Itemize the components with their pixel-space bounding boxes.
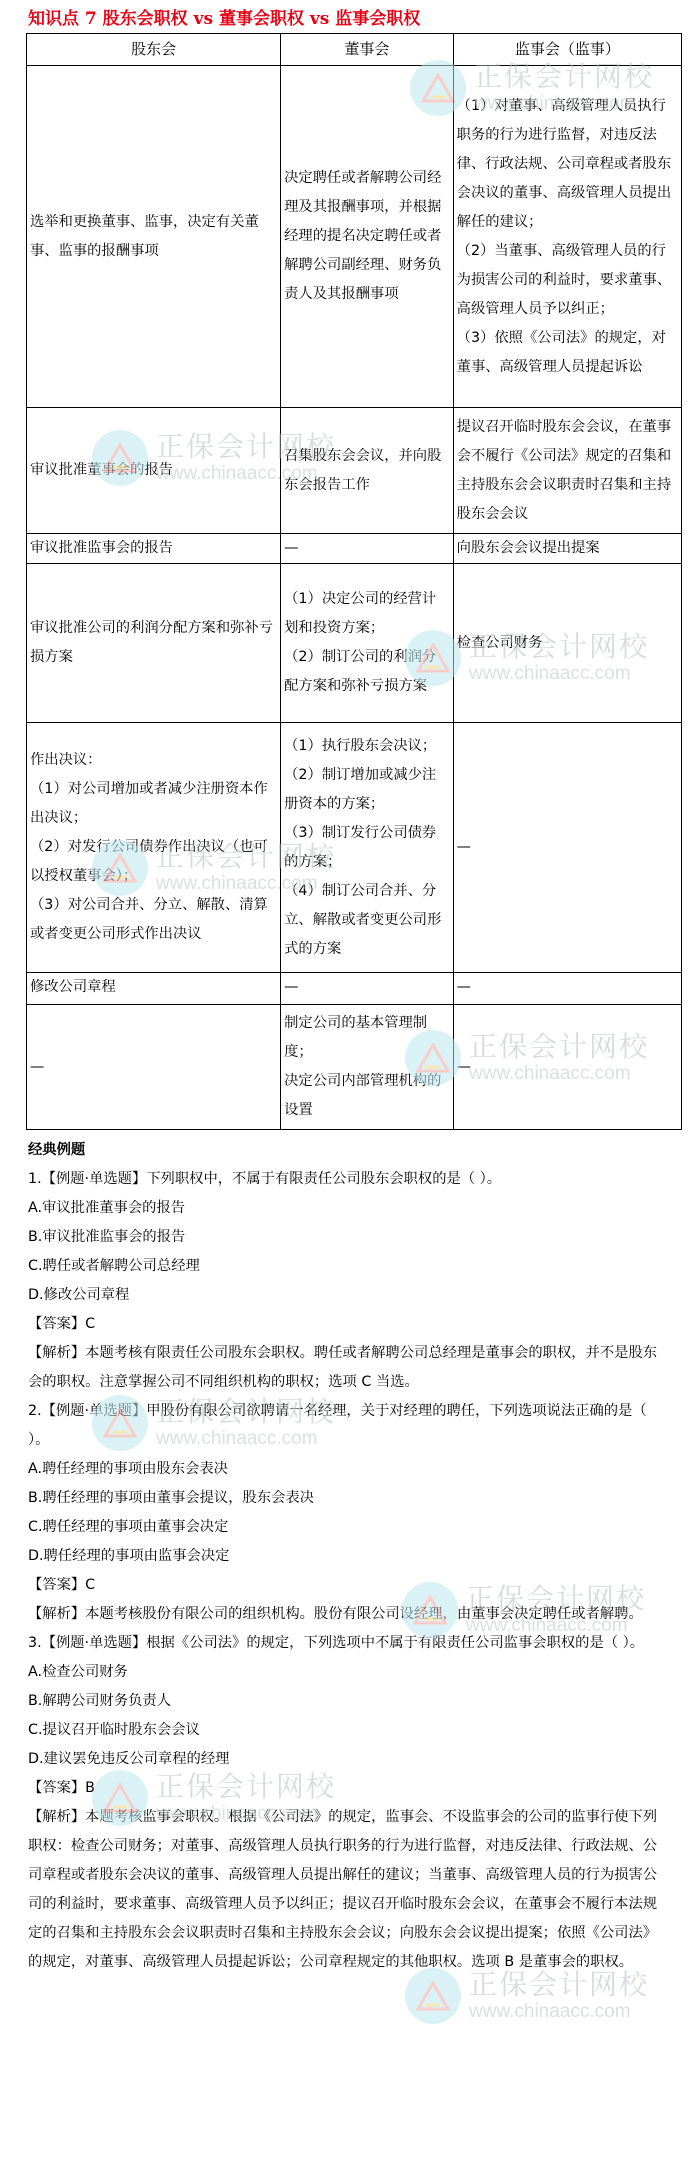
cell-text: — bbox=[457, 973, 678, 1002]
option-b: B.解聘公司财务负责人 bbox=[28, 1687, 668, 1716]
cell-shareholders: 审议批准监事会的报告 bbox=[27, 534, 281, 564]
cell-supervisors: （1）对董事、高级管理人员执行职务的行为进行监督，对违反法律、行政法规、公司章程… bbox=[453, 66, 681, 408]
table-header-row: 股东会 董事会 监事会（监事） bbox=[27, 34, 682, 66]
cell-text: 提议召开临时股东会会议，在董事会不履行《公司法》规定的召集和主持股东会会议职责时… bbox=[457, 413, 678, 529]
analysis: 【解析】本题考核监事会职权。根据《公司法》的规定，监事会、不设监事会的公司的监事… bbox=[28, 1803, 668, 1977]
option-a: A.聘任经理的事项由股东会表决 bbox=[28, 1455, 668, 1484]
option-d: D.聘任经理的事项由监事会决定 bbox=[28, 1542, 668, 1571]
table-row: 作出决议： （1）对公司增加或者减少注册资本作出决议； （2）对发行公司债券作出… bbox=[27, 723, 682, 973]
cell-text: （2）对发行公司债券作出决议（也可以授权董事会）； bbox=[30, 833, 277, 891]
cell-supervisors: — bbox=[453, 723, 681, 973]
cell-board: 决定聘任或者解聘公司经理及其报酬事项，并根据经理的提名决定聘任或者解聘公司副经理… bbox=[281, 66, 454, 408]
option-b: B.聘任经理的事项由董事会提议，股东会表决 bbox=[28, 1484, 668, 1513]
question-3: 3.【例题·单选题】根据《公司法》的规定，下列选项中不属于有限责任公司监事会职权… bbox=[28, 1629, 668, 1977]
question-stem: 2.【例题·单选题】甲股份有限公司欲聘请一名经理，关于对经理的聘任，下列选项说法… bbox=[28, 1397, 668, 1455]
cell-text: （3）依照《公司法》的规定，对董事、高级管理人员提起诉讼 bbox=[457, 324, 678, 382]
cell-board: — bbox=[281, 534, 454, 564]
header-board: 董事会 bbox=[281, 34, 454, 66]
cell-text: （1）执行股东会决议； bbox=[284, 732, 450, 761]
cell-board: 召集股东会会议，并向股东会报告工作 bbox=[281, 408, 454, 534]
option-c: C.聘任或者解聘公司总经理 bbox=[28, 1252, 668, 1281]
cell-text: 选举和更换董事、监事，决定有关董事、监事的报酬事项 bbox=[30, 208, 277, 266]
cell-text: 召集股东会会议，并向股东会报告工作 bbox=[284, 442, 450, 500]
cell-text: — bbox=[284, 973, 450, 1002]
option-a: A.审议批准董事会的报告 bbox=[28, 1194, 668, 1223]
cell-text: 作出决议： bbox=[30, 746, 277, 775]
option-b: B.审议批准监事会的报告 bbox=[28, 1223, 668, 1252]
cell-supervisors: — bbox=[453, 1005, 681, 1130]
header-shareholders: 股东会 bbox=[27, 34, 281, 66]
cell-text: 修改公司章程 bbox=[30, 973, 277, 1002]
cell-shareholders: 修改公司章程 bbox=[27, 973, 281, 1005]
table-row: 审议批准公司的利润分配方案和弥补亏损方案 （1）决定公司的经营计划和投资方案； … bbox=[27, 564, 682, 723]
answer: 【答案】B bbox=[28, 1774, 668, 1803]
cell-board: 制定公司的基本管理制度； 决定公司内部管理机构的设置 bbox=[281, 1005, 454, 1130]
table-row: 审议批准监事会的报告 — 向股东会会议提出提案 bbox=[27, 534, 682, 564]
cell-shareholders: 审议批准董事会的报告 bbox=[27, 408, 281, 534]
option-a: A.检查公司财务 bbox=[28, 1658, 668, 1687]
cell-text: （4）制订公司合并、分立、解散或者变更公司形式的方案 bbox=[284, 877, 450, 964]
table-row: 修改公司章程 — — bbox=[27, 973, 682, 1005]
cell-text: — bbox=[457, 833, 678, 862]
cell-text: （2）制订增加或减少注册资本的方案； bbox=[284, 761, 450, 819]
watermark-url: www.chinaacc.com bbox=[469, 2001, 649, 2023]
cell-text: 向股东会会议提出提案 bbox=[457, 534, 678, 563]
cell-supervisors: — bbox=[453, 973, 681, 1005]
cell-shareholders: 审议批准公司的利润分配方案和弥补亏损方案 bbox=[27, 564, 281, 723]
question-stem: 3.【例题·单选题】根据《公司法》的规定，下列选项中不属于有限责任公司监事会职权… bbox=[28, 1629, 668, 1658]
question-stem: 1.【例题·单选题】下列职权中，不属于有限责任公司股东会职权的是（ ）。 bbox=[28, 1165, 668, 1194]
question-1: 1.【例题·单选题】下列职权中，不属于有限责任公司股东会职权的是（ ）。 A.审… bbox=[28, 1165, 668, 1397]
cell-text: （2）当董事、高级管理人员的行为损害公司的利益时，要求董事、高级管理人员予以纠正… bbox=[457, 237, 678, 324]
section-heading: 经典例题 bbox=[28, 1136, 668, 1165]
cell-shareholders: 选举和更换董事、监事，决定有关董事、监事的报酬事项 bbox=[27, 66, 281, 408]
page-title: 知识点 7 股东会职权 vs 董事会职权 vs 监事会职权 bbox=[28, 4, 420, 29]
cell-text: 制定公司的基本管理制度； bbox=[284, 1009, 450, 1067]
examples-section: 经典例题 1.【例题·单选题】下列职权中，不属于有限责任公司股东会职权的是（ ）… bbox=[28, 1136, 668, 1977]
table-row: 选举和更换董事、监事，决定有关董事、监事的报酬事项 决定聘任或者解聘公司经理及其… bbox=[27, 66, 682, 408]
option-c: C.提议召开临时股东会会议 bbox=[28, 1716, 668, 1745]
header-supervisors: 监事会（监事） bbox=[453, 34, 681, 66]
cell-board: （1）执行股东会决议； （2）制订增加或减少注册资本的方案； （3）制订发行公司… bbox=[281, 723, 454, 973]
cell-text: 检查公司财务 bbox=[457, 629, 678, 658]
table-row: 审议批准董事会的报告 召集股东会会议，并向股东会报告工作 提议召开临时股东会会议… bbox=[27, 408, 682, 534]
cell-shareholders: — bbox=[27, 1005, 281, 1130]
table-row: — 制定公司的基本管理制度； 决定公司内部管理机构的设置 — bbox=[27, 1005, 682, 1130]
cell-supervisors: 向股东会会议提出提案 bbox=[453, 534, 681, 564]
cell-board: — bbox=[281, 973, 454, 1005]
analysis: 【解析】本题考核有限责任公司股东会职权。聘任或者解聘公司总经理是董事会的职权，并… bbox=[28, 1339, 668, 1397]
cell-text: （1）对董事、高级管理人员执行职务的行为进行监督，对违反法律、行政法规、公司章程… bbox=[457, 92, 678, 237]
question-2: 2.【例题·单选题】甲股份有限公司欲聘请一名经理，关于对经理的聘任，下列选项说法… bbox=[28, 1397, 668, 1629]
cell-text: 审议批准公司的利润分配方案和弥补亏损方案 bbox=[30, 614, 277, 672]
cell-supervisors: 提议召开临时股东会会议，在董事会不履行《公司法》规定的召集和主持股东会会议职责时… bbox=[453, 408, 681, 534]
cell-text: 审议批准董事会的报告 bbox=[30, 456, 277, 485]
cell-text: — bbox=[30, 1053, 277, 1082]
cell-text: 决定公司内部管理机构的设置 bbox=[284, 1067, 450, 1125]
answer: 【答案】C bbox=[28, 1310, 668, 1339]
cell-supervisors: 检查公司财务 bbox=[453, 564, 681, 723]
cell-text: 决定聘任或者解聘公司经理及其报酬事项，并根据经理的提名决定聘任或者解聘公司副经理… bbox=[284, 164, 450, 309]
cell-text: （3）制订发行公司债券的方案； bbox=[284, 819, 450, 877]
cell-text: — bbox=[284, 534, 450, 563]
option-d: D.建议罢免违反公司章程的经理 bbox=[28, 1745, 668, 1774]
cell-text: （3）对公司合并、分立、解散、清算或者变更公司形式作出决议 bbox=[30, 891, 277, 949]
option-d: D.修改公司章程 bbox=[28, 1281, 668, 1310]
cell-text: 审议批准监事会的报告 bbox=[30, 534, 277, 563]
cell-text: （2）制订公司的利润分配方案和弥补亏损方案 bbox=[284, 643, 450, 701]
option-c: C.聘任经理的事项由董事会决定 bbox=[28, 1513, 668, 1542]
cell-text: — bbox=[457, 1053, 678, 1082]
answer: 【答案】C bbox=[28, 1571, 668, 1600]
cell-text: （1）决定公司的经营计划和投资方案； bbox=[284, 585, 450, 643]
cell-text: （1）对公司增加或者减少注册资本作出决议； bbox=[30, 775, 277, 833]
cell-board: （1）决定公司的经营计划和投资方案； （2）制订公司的利润分配方案和弥补亏损方案 bbox=[281, 564, 454, 723]
analysis: 【解析】本题考核股份有限公司的组织机构。股份有限公司设经理，由董事会决定聘任或者… bbox=[28, 1600, 668, 1629]
cell-shareholders: 作出决议： （1）对公司增加或者减少注册资本作出决议； （2）对发行公司债券作出… bbox=[27, 723, 281, 973]
comparison-table: 股东会 董事会 监事会（监事） 选举和更换董事、监事，决定有关董事、监事的报酬事… bbox=[26, 33, 682, 1130]
